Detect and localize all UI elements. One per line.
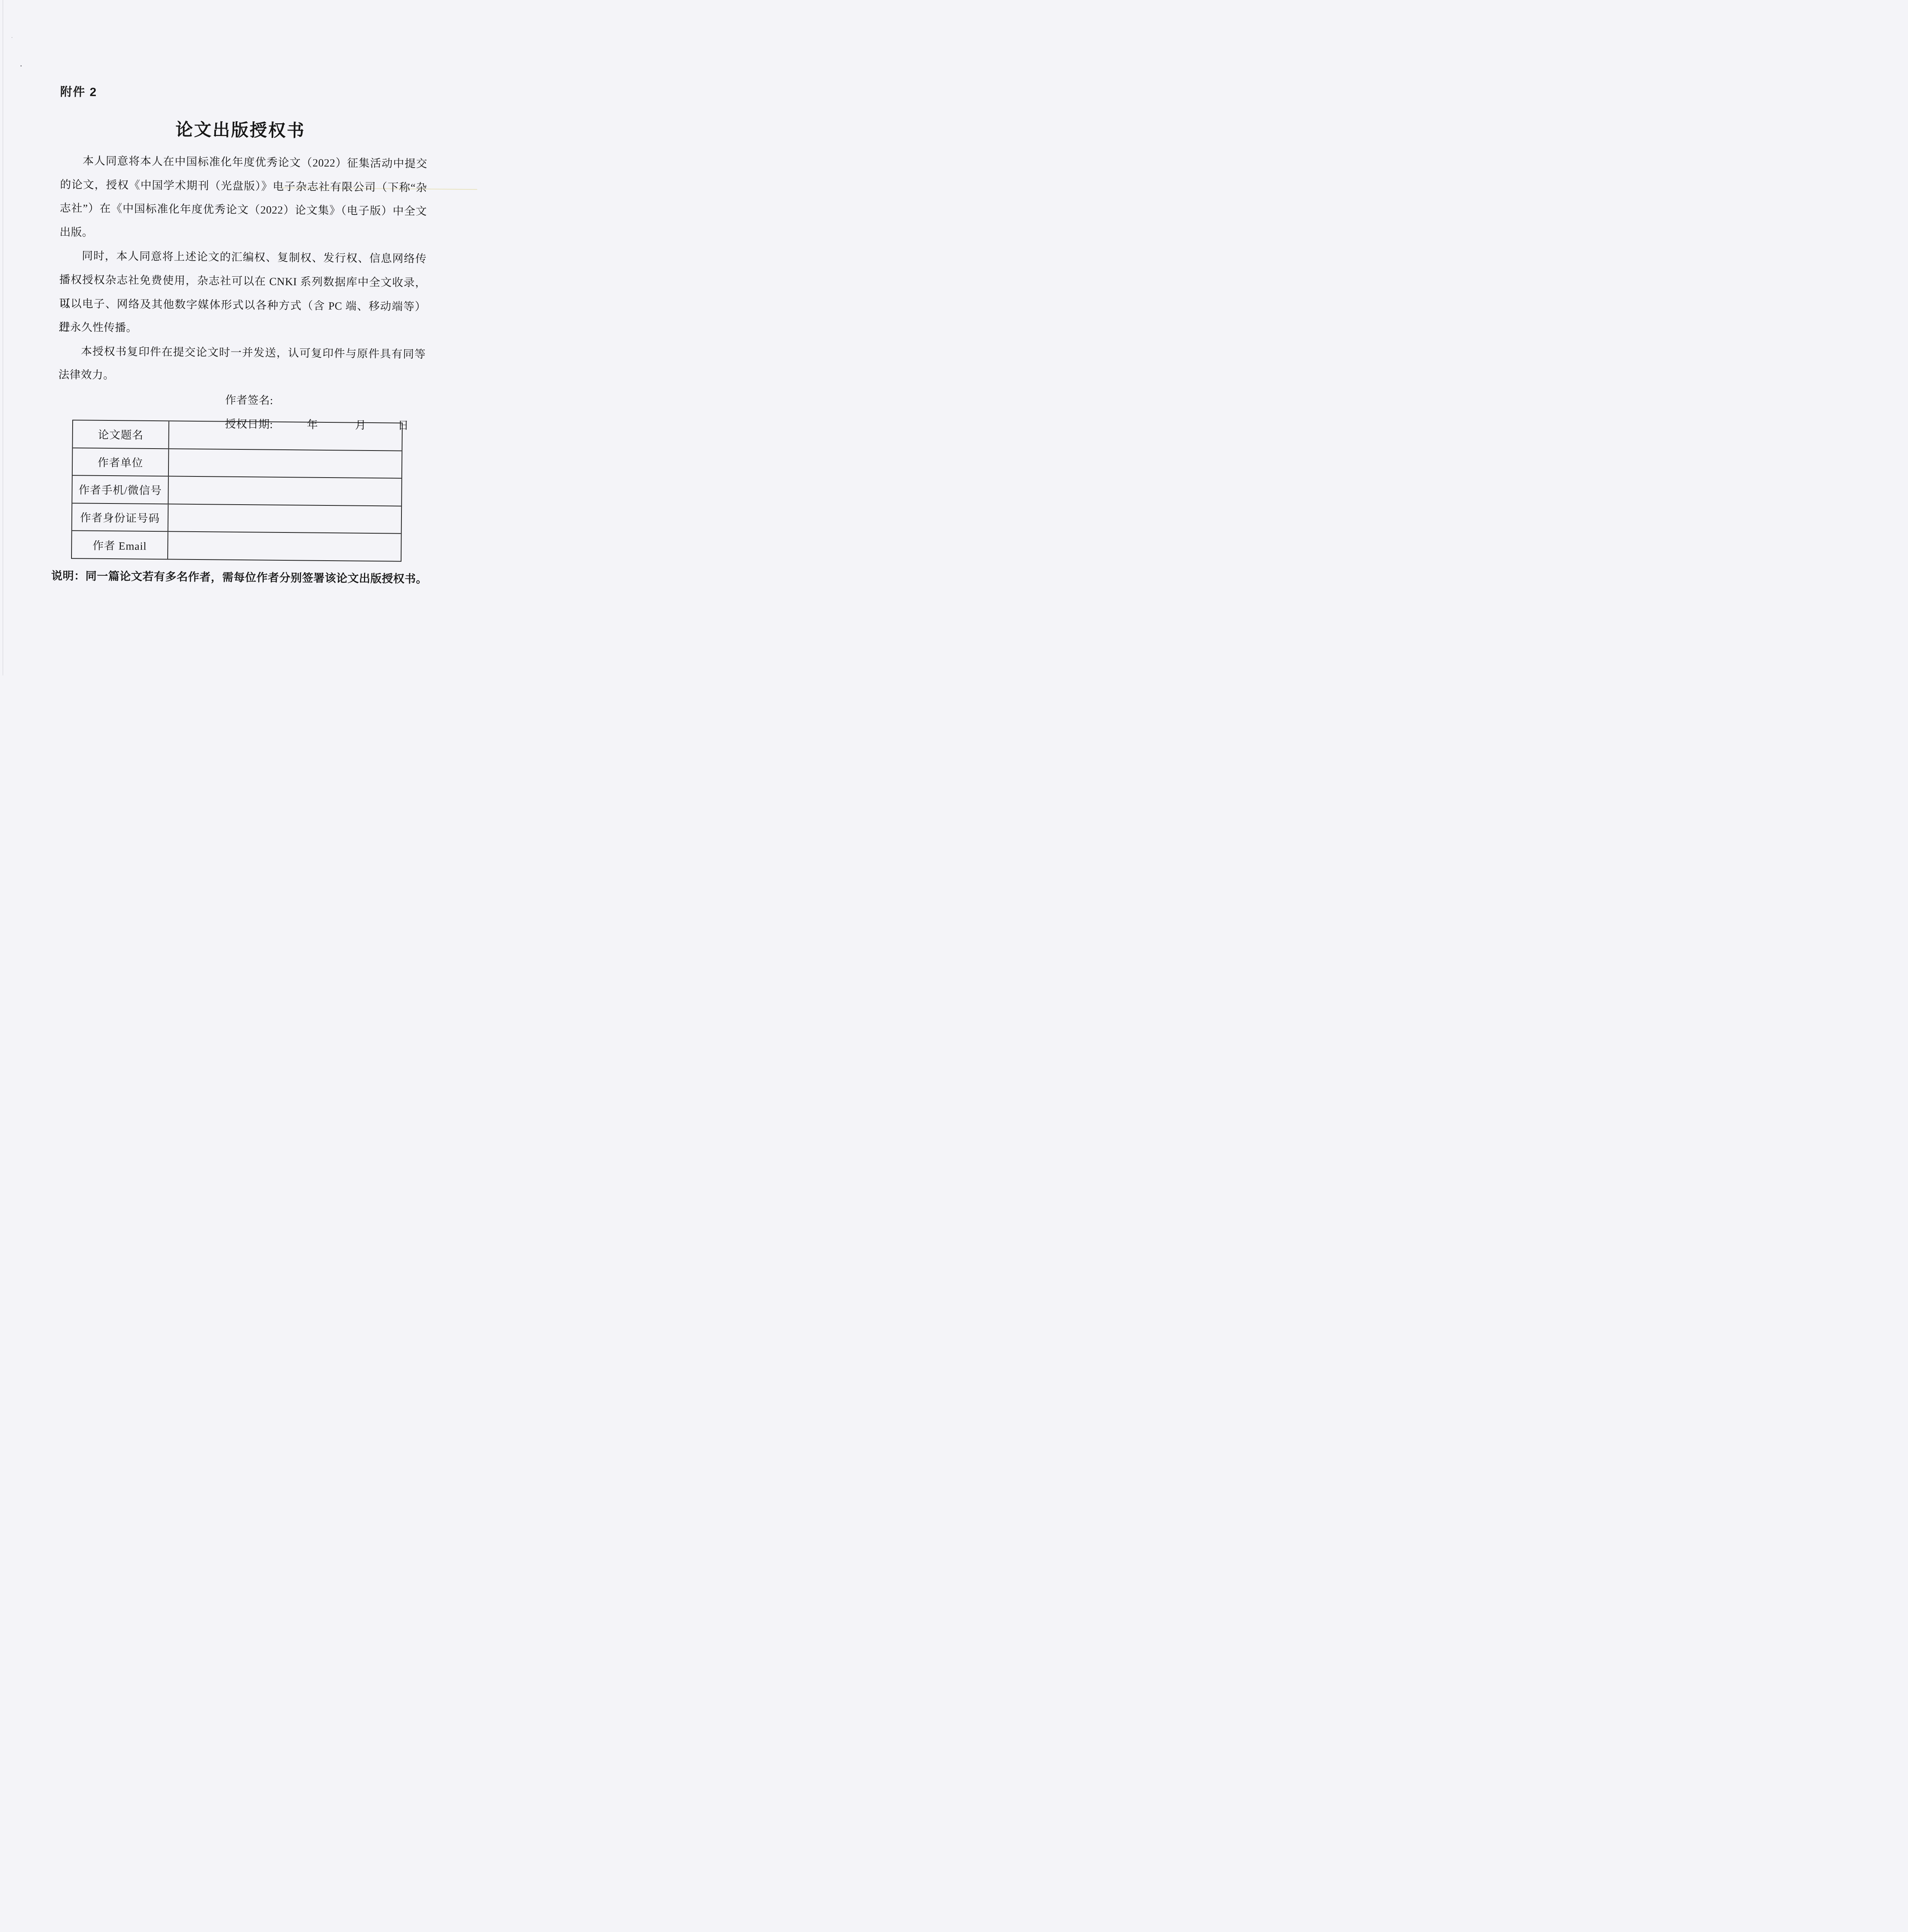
- paragraph-line: 本授权书复印件在提交论文时一并发送，认可复印件与原件具有同等: [58, 340, 426, 367]
- paragraph-line: 法律效力。: [58, 363, 426, 390]
- row-label-author-affiliation: 作者单位: [73, 448, 169, 476]
- row-value-author-id-number: [168, 504, 401, 533]
- document-body: 本人同意将本人在中国标准化年度优秀论文（2022）征集活动中提交 的论文，授权《…: [58, 149, 427, 438]
- table-row: 作者 Email: [72, 531, 401, 561]
- table-row: 作者身份证号码: [72, 503, 401, 534]
- document-page: 附件 2 论文出版授权书 本人同意将本人在中国标准化年度优秀论文（2022）征集…: [0, 0, 477, 675]
- paragraph-line: 本人同意将本人在中国标准化年度优秀论文（2022）征集活动中提交: [60, 149, 428, 176]
- paragraph-line: 以以电子、网络及其他数字媒体形式以各种方式（含 PC 端、移动端等）进: [59, 292, 426, 319]
- row-label-author-id-number: 作者身份证号码: [72, 503, 169, 531]
- row-label-paper-title: 论文题名: [73, 420, 170, 448]
- table-row: 作者单位: [73, 448, 402, 479]
- row-value-author-email: [168, 532, 401, 561]
- paragraph-line: 播权授权杂志社免费使用，杂志社可以在 CNKI 系列数据库中全文收录，可: [59, 268, 427, 295]
- table-row: 作者手机/微信号: [72, 476, 401, 506]
- paragraph-line: 出版。: [60, 221, 427, 248]
- attachment-label: 附件 2: [60, 82, 97, 100]
- page-title: 论文出版授权书: [2, 114, 477, 143]
- row-label-author-phone-wechat: 作者手机/微信号: [72, 476, 169, 503]
- author-signature-label: 作者签名:: [225, 395, 273, 407]
- row-label-author-email: 作者 Email: [72, 531, 168, 559]
- paragraph-line: 的论文，授权《中国学术期刊（光盘版）》电子杂志社有限公司（下称“杂: [60, 173, 427, 200]
- author-signature-line: 作者签名:: [58, 387, 425, 414]
- paragraph-line: 志社”）在《中国标准化年度优秀论文（2022）论文集》（电子版）中全文: [60, 197, 427, 224]
- paragraph-line: 行永久性传播。: [59, 316, 426, 343]
- row-value-author-affiliation: [169, 449, 402, 478]
- table-row: 论文题名: [73, 420, 402, 451]
- row-value-author-phone-wechat: [168, 477, 401, 506]
- author-info-table: 论文题名 作者单位 作者手机/微信号 作者身份证号码 作者 Email: [71, 420, 403, 561]
- paragraph-line: 同时，本人同意将上述论文的汇编权、复制权、发行权、信息网络传: [60, 244, 427, 271]
- footnote: 说明：同一篇论文若有多名作者，需每位作者分别签署该论文出版授权书。: [51, 567, 441, 587]
- row-value-paper-title: [169, 421, 402, 450]
